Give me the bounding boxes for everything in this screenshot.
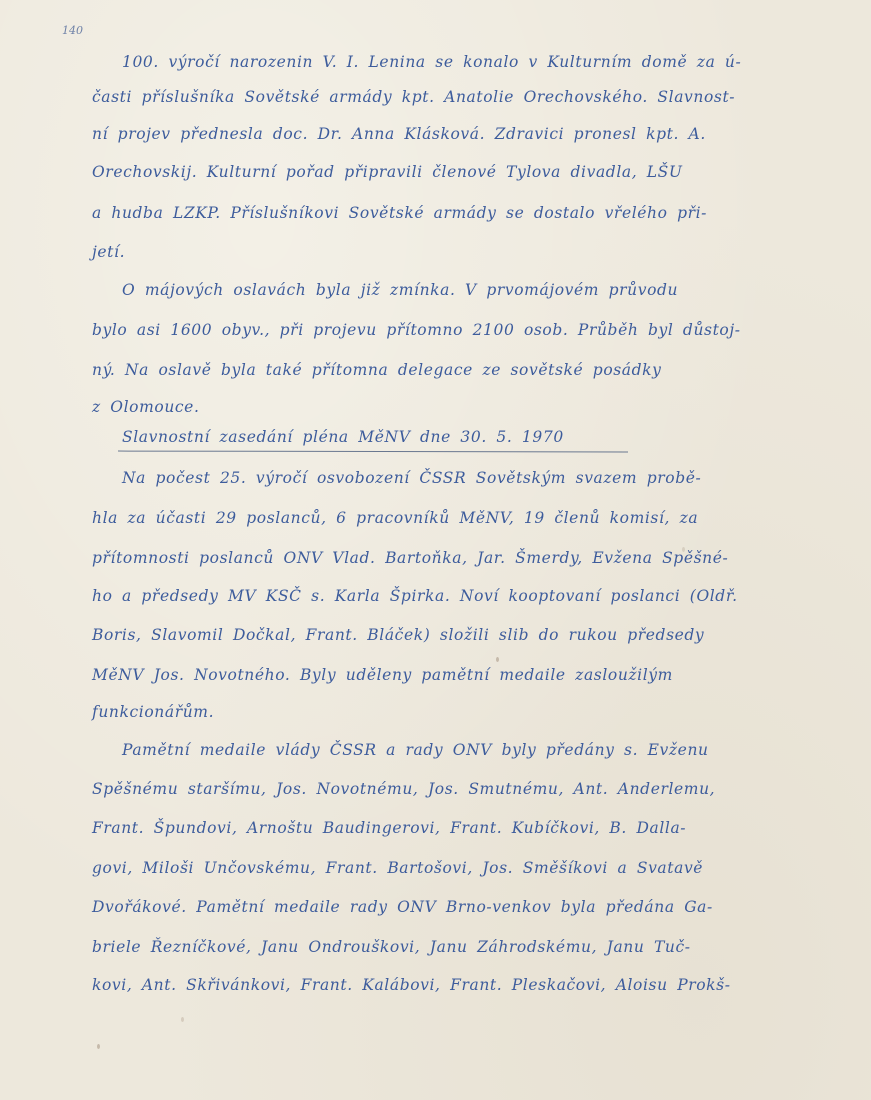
paragraph-4-line-2: Spěšnému staršímu, Jos. Novotnému, Jos. … <box>92 779 812 799</box>
paragraph-4-line-7: kovi, Ant. Skřivánkovi, Frant. Kalábovi,… <box>92 975 812 995</box>
paragraph-1-line-5: a hudba LZKP. Příslušníkovi Sovětské arm… <box>92 203 812 223</box>
paper-speck <box>682 547 685 552</box>
paragraph-1-line-6: jetí. <box>92 242 812 262</box>
paragraph-4-line-1: Pamětní medaile vlády ČSSR a rady ONV by… <box>122 740 842 760</box>
paragraph-1-line-4: Orechovskij. Kulturní pořad připravili č… <box>92 162 812 182</box>
paragraph-3-line-4: ho a předsedy MV KSČ s. Karla Špirka. No… <box>92 586 812 606</box>
paragraph-1-line-3: ní projev přednesla doc. Dr. Anna Klásko… <box>92 124 812 144</box>
paragraph-3-line-2: hla za účasti 29 poslanců, 6 pracovníků … <box>92 508 812 528</box>
paragraph-4-line-5: Dvořákové. Pamětní medaile rady ONV Brno… <box>92 897 812 917</box>
paragraph-4-line-4: govi, Miloši Unčovskému, Frant. Bartošov… <box>92 858 812 878</box>
paragraph-1-line-2: časti příslušníka Sovětské armády kpt. A… <box>92 87 812 107</box>
paragraph-2-line-4: z Olomouce. <box>92 397 812 417</box>
paragraph-3-line-7: funkcionářům. <box>92 702 812 722</box>
paragraph-3-line-1: Na počest 25. výročí osvobození ČSSR Sov… <box>122 468 842 488</box>
paragraph-4-line-3: Frant. Špundovi, Arnoštu Baudingerovi, F… <box>92 818 812 838</box>
paragraph-2-line-1: O májových oslavách byla již zmínka. V p… <box>122 280 842 300</box>
paragraph-2-line-2: bylo asi 1600 obyv., při projevu přítomn… <box>92 320 812 340</box>
paper-speck <box>181 1017 184 1022</box>
paragraph-1-line-1: 100. výročí narozenin V. I. Lenina se ko… <box>122 52 842 72</box>
paragraph-3-line-6: MěNV Jos. Novotného. Byly uděleny pamětn… <box>92 665 812 685</box>
paper-speck <box>496 657 499 662</box>
handwritten-chronicle-page: 140 100. výročí narozenin V. I. Lenina s… <box>0 0 871 1100</box>
section-heading: Slavnostní zasedání pléna MěNV dne 30. 5… <box>122 427 564 447</box>
page-number: 140 <box>62 24 83 37</box>
paragraph-4-line-6: briele Řezníčkové, Janu Ondrouškovi, Jan… <box>92 937 812 957</box>
heading-underline <box>118 451 628 453</box>
paragraph-2-line-3: ný. Na oslavě byla také přítomna delegac… <box>92 360 812 380</box>
paragraph-3-line-3: přítomnosti poslanců ONV Vlad. Bartoňka,… <box>92 548 812 568</box>
paragraph-3-line-5: Boris, Slavomil Dočkal, Frant. Bláček) s… <box>92 625 812 645</box>
paper-speck <box>97 1044 100 1049</box>
